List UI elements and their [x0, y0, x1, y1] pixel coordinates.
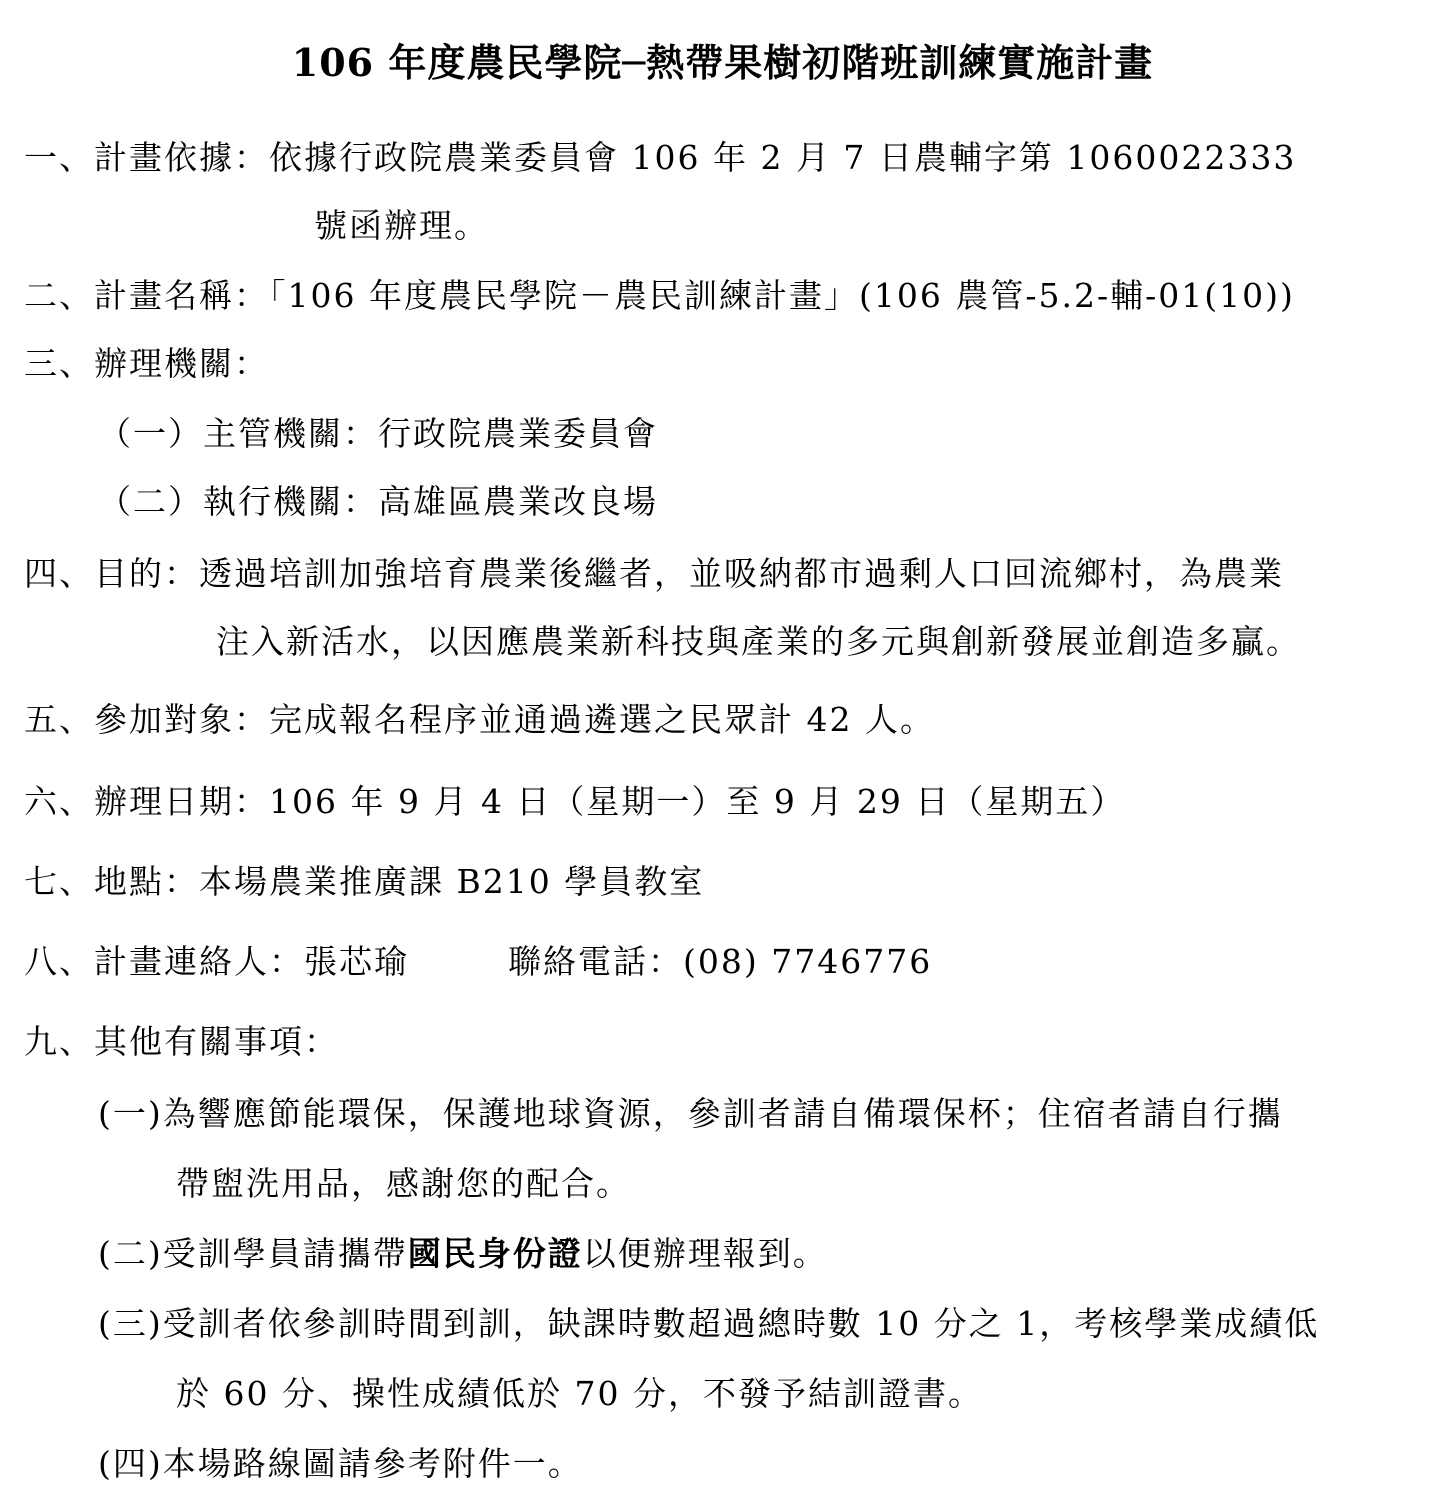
section-9-item-3-line-2: 於 60 分、操性成績低於 70 分，不發予結訓證書。: [176, 1374, 983, 1414]
section-1-line-2: 號函辦理。: [314, 206, 489, 246]
section-9-item-2: (二)受訓學員請攜帶國民身份證以便辦理報到。: [98, 1234, 828, 1274]
section-5-label: 五、參加對象：: [24, 700, 269, 739]
item-2-prefix: (二)受訓學員請攜帶: [98, 1234, 408, 1273]
section-6-label: 六、辦理日期：: [24, 782, 269, 821]
section-2-label: 二、計畫名稱：: [24, 276, 269, 315]
section-3-item-2: （二）執行機關：高雄區農業改良場: [98, 482, 658, 522]
section-5: 五、參加對象：完成報名程序並通過遴選之民眾計 42 人。: [24, 700, 935, 740]
document-title: 106 年度農民學院─熱帶果樹初階班訓練實施計畫: [0, 40, 1445, 86]
section-2: 二、計畫名稱：「106 年度農民學院－農民訓練計畫」(106 農管-5.2-輔-…: [24, 276, 1295, 316]
section-9-item-1-line-1: (一)為響應節能環保，保護地球資源，參訓者請自備環保杯；住宿者請自行攜: [98, 1094, 1283, 1134]
section-6-text: 106 年 9 月 4 日（星期一）至 9 月 29 日（星期五）: [269, 782, 1125, 821]
contact-name: 張芯瑜: [304, 942, 409, 981]
item-2-bold: 國民身份證: [408, 1234, 583, 1273]
section-1-text: 依據行政院農業委員會 106 年 2 月 7 日農輔字第 1060022333: [269, 138, 1296, 177]
section-8-label: 八、計畫連絡人：: [24, 942, 304, 981]
section-3-label: 三、辦理機關：: [24, 344, 269, 384]
section-7-label: 七、地點：: [24, 862, 199, 901]
section-9-item-4: (四)本場路線圖請參考附件一。: [98, 1444, 583, 1484]
section-8: 八、計畫連絡人：張芯瑜: [24, 942, 409, 982]
section-5-text: 完成報名程序並通過遴選之民眾計 42 人。: [269, 700, 935, 739]
contact-phone-number: (08) 7746776: [683, 942, 932, 981]
section-4-line-1: 四、目的：透過培訓加強培育農業後繼者，並吸納都市過剩人口回流鄉村，為農業: [24, 554, 1284, 594]
section-3-item-1: （一）主管機關：行政院農業委員會: [98, 414, 658, 454]
section-6: 六、辦理日期：106 年 9 月 4 日（星期一）至 9 月 29 日（星期五）: [24, 782, 1125, 822]
section-9-label: 九、其他有關事項：: [24, 1022, 339, 1062]
section-4-text: 透過培訓加強培育農業後繼者，並吸納都市過剩人口回流鄉村，為農業: [199, 554, 1284, 593]
section-2-text: 「106 年度農民學院－農民訓練計畫」(106 農管-5.2-輔-01(10)): [269, 276, 1295, 315]
section-4-label: 四、目的：: [24, 554, 199, 593]
contact-phone-label: 聯絡電話：: [508, 942, 683, 981]
section-1-label: 一、計畫依據：: [24, 138, 269, 177]
contact-phone: 聯絡電話：(08) 7746776: [508, 942, 932, 982]
section-4-line-2: 注入新活水，以因應農業新科技與產業的多元與創新發展並創造多贏。: [216, 622, 1301, 662]
section-7: 七、地點：本場農業推廣課 B210 學員教室: [24, 862, 704, 902]
item-2-suffix: 以便辦理報到。: [583, 1234, 828, 1273]
section-9-item-1-line-2: 帶盥洗用品，感謝您的配合。: [176, 1164, 631, 1204]
section-9-item-3-line-1: (三)受訓者依參訓時間到訓，缺課時數超過總時數 10 分之 1，考核學業成績低: [98, 1304, 1319, 1344]
section-1-line-1: 一、計畫依據：依據行政院農業委員會 106 年 2 月 7 日農輔字第 1060…: [24, 138, 1296, 178]
section-7-text: 本場農業推廣課 B210 學員教室: [199, 862, 704, 901]
